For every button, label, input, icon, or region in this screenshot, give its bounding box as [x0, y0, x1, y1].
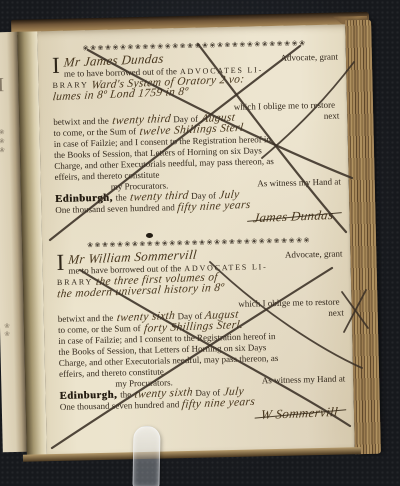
facing-page-ornaments-2: ❀❀ [3, 322, 11, 338]
drop-cap-initial: I [52, 56, 60, 76]
printed-next: next [328, 307, 344, 318]
register-page: ❀❀❀❀❀❀❀❀❀❀❀❀❀❀❀❀❀❀❀❀❀❀❀❀❀❀❀❀❀❀ I Mr Jame… [37, 24, 355, 457]
photograph-scene: { "scene": { "background": "black textur… [0, 0, 400, 486]
spacer [200, 258, 282, 260]
borrowing-form-2: ❀❀❀❀❀❀❀❀❀❀❀❀❀❀❀❀❀❀❀❀❀❀❀❀❀❀❀❀❀❀ I Mr Will… [56, 234, 346, 426]
spacer [242, 316, 325, 318]
printed-advocate-grant: Advocate, grant [280, 52, 338, 64]
printed-the: the [116, 192, 127, 203]
printed-witness: As witness my Hand at [257, 176, 341, 189]
open-book: I ❀❀❀ ❀❀ ❀❀❀❀❀❀❀❀❀❀❀❀❀❀❀❀❀❀❀❀❀❀❀❀❀❀❀❀❀❀ … [0, 12, 381, 462]
printed-witness: As witness my Hand at [262, 373, 346, 386]
borrower-name-handwritten: Mr James Dundas [63, 53, 164, 68]
borrowing-form-1: ❀❀❀❀❀❀❀❀❀❀❀❀❀❀❀❀❀❀❀❀❀❀❀❀❀❀❀❀❀❀ I Mr Jame… [52, 38, 342, 230]
spacer [167, 61, 278, 64]
drop-cap-initial: I [56, 253, 64, 273]
ink-blot [146, 233, 153, 238]
printed-the: the [120, 389, 131, 400]
facing-page-initial: I [0, 74, 4, 97]
facing-page-ornaments: ❀❀❀ [0, 128, 6, 155]
printed-advocate-grant: Advocate, grant [285, 248, 343, 260]
printed-restore: which I oblige me to restore [234, 100, 335, 113]
spacer [176, 383, 259, 385]
printed-next: next [324, 111, 340, 122]
spacer [171, 186, 254, 188]
borrower-name-handwritten: Mr William Sommervill [67, 249, 197, 265]
signature-handwritten: W Sommervill [261, 406, 339, 420]
spacer [238, 119, 321, 121]
printed-restore: which I oblige me to restore [238, 297, 339, 310]
page-holder-clip [132, 426, 160, 486]
signature-handwritten: James Dundas [253, 209, 334, 223]
